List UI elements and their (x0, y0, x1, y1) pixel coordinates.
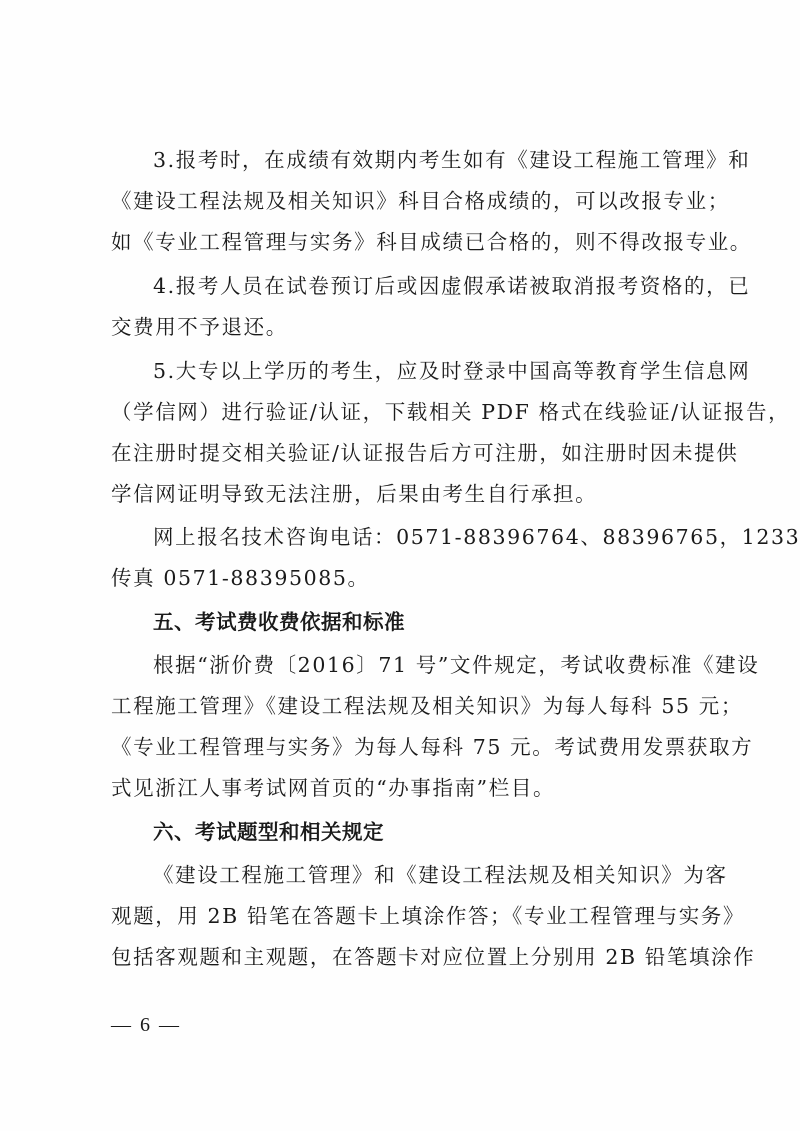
section-6-heading: 六、考试题型和相关规定 (153, 818, 753, 846)
contact-phone-line: 网上报名技术咨询电话：0571-88396764、88396765，12333， (153, 523, 753, 551)
paragraph-4-line-2: 交费用不予退还。 (111, 313, 711, 341)
section-6-line-2: 观题，用 2B 铅笔在答题卡上填涂作答；《专业工程管理与实务》 (111, 902, 711, 930)
paragraph-5-line-2: （学信网）进行验证/认证，下载相关 PDF 格式在线验证/认证报告， (111, 398, 711, 426)
section-5-line-2: 工程施工管理》《建设工程法规及相关知识》为每人每科 55 元； (111, 692, 711, 720)
section-5-line-4: 式见浙江人事考试网首页的“办事指南”栏目。 (111, 774, 711, 802)
paragraph-3-line-3: 如《专业工程管理与实务》科目成绩已合格的，则不得改报专业。 (111, 228, 711, 256)
paragraph-3-line-2: 《建设工程法规及相关知识》科目合格成绩的，可以改报专业； (111, 187, 711, 215)
section-6-line-1: 《建设工程施工管理》和《建设工程法规及相关知识》为客 (153, 861, 753, 889)
section-5-line-3: 《专业工程管理与实务》为每人每科 75 元。考试费用发票获取方 (111, 733, 711, 761)
section-5-line-1: 根据“浙价费〔2016〕71 号”文件规定，考试收费标准《建设 (153, 651, 753, 679)
section-5-heading: 五、考试费收费依据和标准 (153, 608, 753, 636)
page-number: — 6 — (111, 1014, 181, 1037)
paragraph-5-line-3: 在注册时提交相关验证/认证报告后方可注册，如注册时因未提供 (111, 439, 711, 467)
contact-fax-line: 传真 0571-88395085。 (111, 564, 711, 592)
paragraph-5-line-4: 学信网证明导致无法注册，后果由考生自行承担。 (111, 480, 711, 508)
section-6-line-3: 包括客观题和主观题，在答题卡对应位置上分别用 2B 铅笔填涂作 (111, 943, 711, 971)
document-page: 3.报考时，在成绩有效期内考生如有《建设工程施工管理》和 《建设工程法规及相关知… (0, 0, 800, 1131)
paragraph-5-line-1: 5.大专以上学历的考生，应及时登录中国高等教育学生信息网 (153, 357, 753, 385)
paragraph-4-line-1: 4.报考人员在试卷预订后或因虚假承诺被取消报考资格的，已 (153, 272, 753, 300)
paragraph-3-line-1: 3.报考时，在成绩有效期内考生如有《建设工程施工管理》和 (153, 146, 753, 174)
